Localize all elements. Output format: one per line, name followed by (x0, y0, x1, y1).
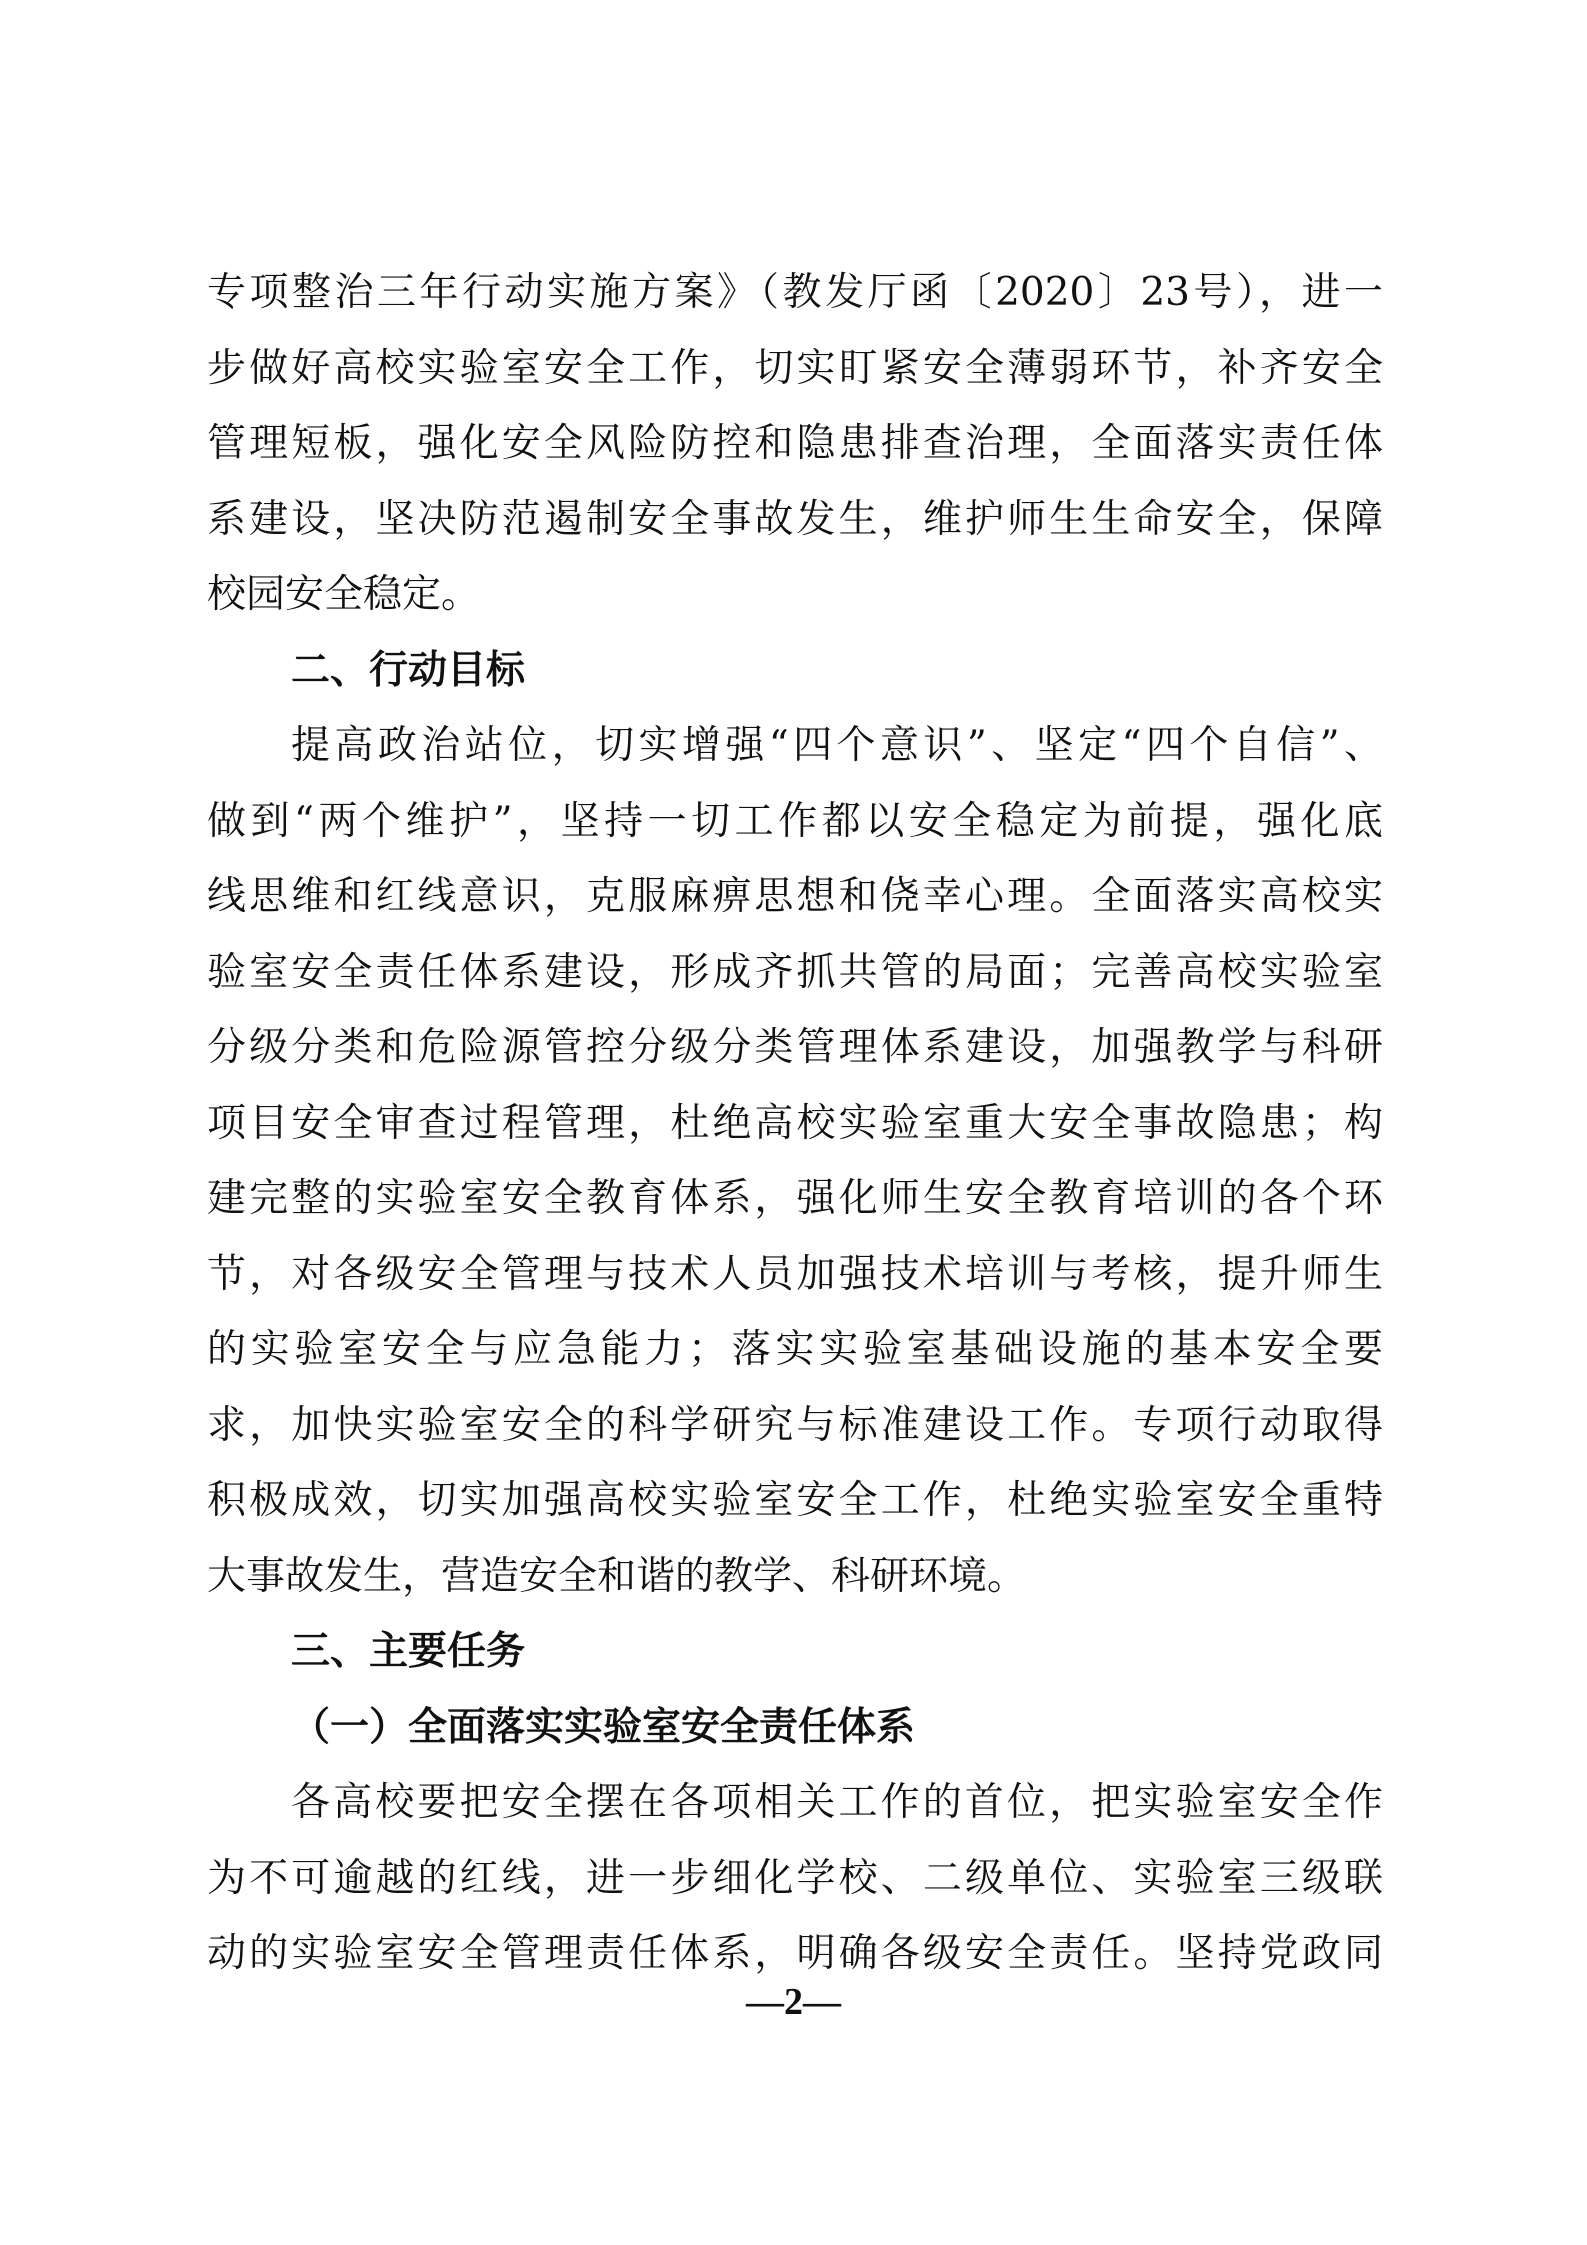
text-line: 建完整的实验室安全教育体系，强化师生安全教育培训的各个环 (207, 1161, 1383, 1237)
paragraph-action-goals: 提高政治站位，切实增强“四个意识”、坚定“四个自信”、 做到“两个维护”，坚持一… (207, 708, 1383, 1614)
text-line: 管理短板，强化安全风险防控和隐患排查治理，全面落实责任体 (207, 406, 1383, 482)
document-body: 专项整治三年行动实施方案》（教发厅函〔2020〕23号），进一 步做好高校实验室… (207, 255, 1383, 1992)
section-heading-action-goals: 二、行动目标 (207, 633, 1383, 709)
text-line: 校园安全稳定。 (207, 557, 1383, 633)
text-line: 各高校要把安全摆在各项相关工作的首位，把实验室安全作 (207, 1765, 1383, 1841)
section-heading-main-tasks: 三、主要任务 (207, 1614, 1383, 1690)
document-page: 专项整治三年行动实施方案》（教发厅函〔2020〕23号），进一 步做好高校实验室… (0, 0, 1587, 2245)
text-line: 线思维和红线意识，克服麻痹思想和侥幸心理。全面落实高校实 (207, 859, 1383, 935)
paragraph-responsibility-system: 各高校要把安全摆在各项相关工作的首位，把实验室安全作 为不可逾越的红线，进一步细… (207, 1765, 1383, 1992)
text-line: 验室安全责任体系建设，形成齐抓共管的局面；完善高校实验室 (207, 935, 1383, 1011)
text-line: 大事故发生，营造安全和谐的教学、科研环境。 (207, 1539, 1383, 1615)
text-line: 系建设，坚决防范遏制安全事故发生，维护师生生命安全，保障 (207, 482, 1383, 558)
text-line: 分级分类和危险源管控分级分类管理体系建设，加强教学与科研 (207, 1010, 1383, 1086)
text-line: 为不可逾越的红线，进一步细化学校、二级单位、实验室三级联 (207, 1841, 1383, 1917)
page-number: —2— (0, 1980, 1587, 2024)
text-line: 做到“两个维护”，坚持一切工作都以安全稳定为前提，强化底 (207, 784, 1383, 860)
text-line: 的实验室安全与应急能力；落实实验室基础设施的基本安全要 (207, 1312, 1383, 1388)
subsection-heading-responsibility-system: （一）全面落实实验室安全责任体系 (207, 1690, 1383, 1766)
text-line: 节，对各级安全管理与技术人员加强技术培训与考核，提升师生 (207, 1237, 1383, 1313)
text-line: 专项整治三年行动实施方案》（教发厅函〔2020〕23号），进一 (207, 255, 1383, 331)
paragraph-continued: 专项整治三年行动实施方案》（教发厅函〔2020〕23号），进一 步做好高校实验室… (207, 255, 1383, 633)
text-line: 项目安全审查过程管理，杜绝高校实验室重大安全事故隐患；构 (207, 1086, 1383, 1162)
text-line: 步做好高校实验室安全工作，切实盯紧安全薄弱环节，补齐安全 (207, 331, 1383, 407)
text-line: 提高政治站位，切实增强“四个意识”、坚定“四个自信”、 (207, 708, 1383, 784)
text-line: 求，加快实验室安全的科学研究与标准建设工作。专项行动取得 (207, 1388, 1383, 1464)
text-line: 积极成效，切实加强高校实验室安全工作，杜绝实验室安全重特 (207, 1463, 1383, 1539)
